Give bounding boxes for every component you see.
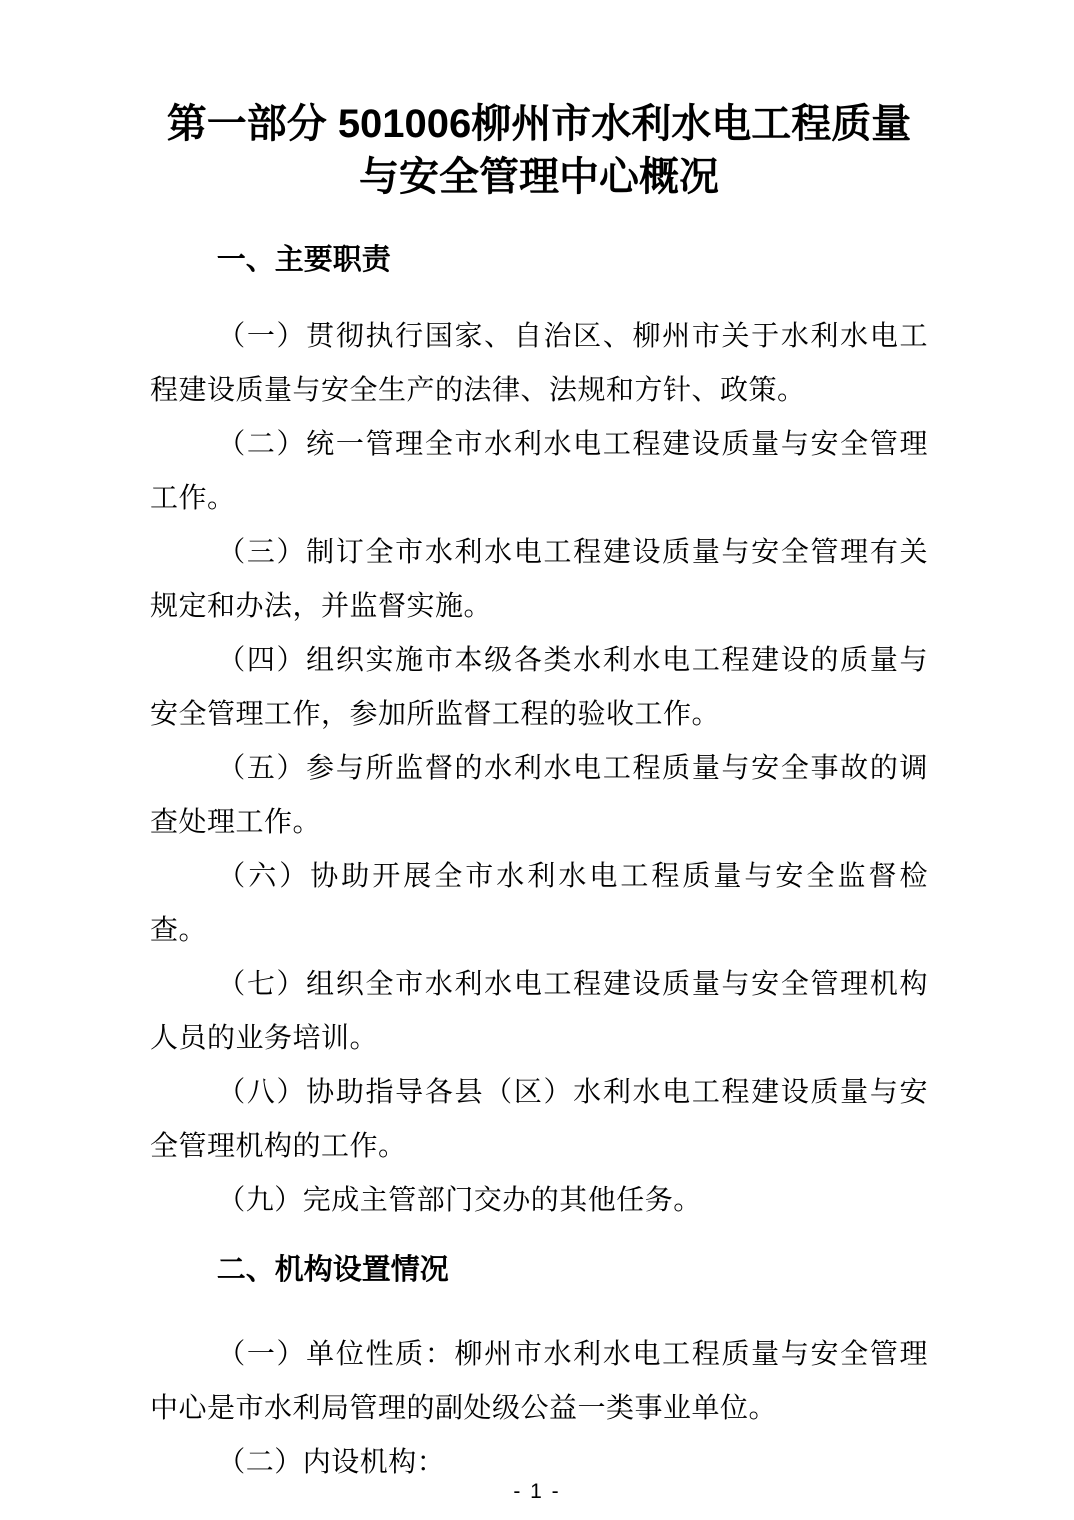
- page-content: 第一部分 501006柳州市水利水电工程质量与安全管理中心概况 一、主要职责 （…: [0, 98, 1074, 1490]
- duty-paragraph-1: （一）贯彻执行国家、自治区、柳州市关于水利水电工程建设质量与安全生产的法律、法规…: [150, 310, 928, 418]
- duty-paragraph-2: （二）统一管理全市水利水电工程建设质量与安全管理工作。: [150, 418, 928, 526]
- duty-paragraph-8: （八）协助指导各县（区）水利水电工程建设质量与安全管理机构的工作。: [150, 1066, 928, 1174]
- org-paragraph-1: （一）单位性质：柳州市水利水电工程质量与安全管理中心是市水利局管理的副处级公益一…: [150, 1328, 928, 1436]
- duty-paragraph-9: （九）完成主管部门交办的其他任务。: [150, 1174, 928, 1228]
- document-page: 第一部分 501006柳州市水利水电工程质量与安全管理中心概况 一、主要职责 （…: [0, 0, 1074, 1520]
- section-heading-organization-setup: 二、机构设置情况: [150, 1252, 928, 1288]
- document-title: 第一部分 501006柳州市水利水电工程质量与安全管理中心概况: [150, 98, 928, 204]
- duty-paragraph-3: （三）制订全市水利水电工程建设质量与安全管理有关规定和办法，并监督实施。: [150, 526, 928, 634]
- duty-paragraph-5: （五）参与所监督的水利水电工程质量与安全事故的调查处理工作。: [150, 742, 928, 850]
- page-number: - 1 -: [0, 1480, 1074, 1504]
- section-heading-main-duties: 一、主要职责: [150, 242, 928, 278]
- duty-paragraph-4: （四）组织实施市本级各类水利水电工程建设的质量与安全管理工作，参加所监督工程的验…: [150, 634, 928, 742]
- duty-paragraph-7: （七）组织全市水利水电工程建设质量与安全管理机构人员的业务培训。: [150, 958, 928, 1066]
- duty-paragraph-6: （六）协助开展全市水利水电工程质量与安全监督检查。: [150, 850, 928, 958]
